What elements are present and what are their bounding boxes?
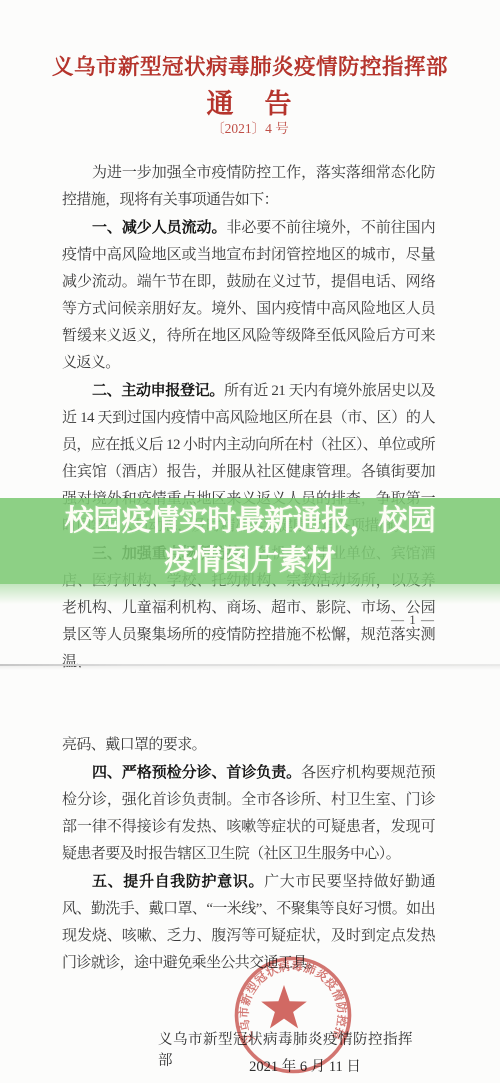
section-4-paragraph: 四、严格预检分诊、首诊负责。各医疗机构要规范预检分诊，强化首诊负责制。全市各诊所… — [62, 759, 435, 868]
seal-ring-text: 义乌市新型冠状病毒肺炎疫情防控指挥部 — [231, 953, 349, 1046]
section-4-heading: 四、严格预检分诊、首诊负责。 — [92, 764, 301, 781]
caption-line-1: 校园疫情实时最新通报，校园 — [65, 501, 436, 541]
document-org-title: 义乌市新型冠状病毒肺炎疫情防控指挥部 — [0, 50, 500, 81]
caption-line-2: 疫情图片素材 — [164, 541, 335, 581]
star-icon — [261, 985, 307, 1028]
page-separator-shadow — [0, 666, 500, 670]
section-3-continuation: 亮码、戴口罩的要求。 — [62, 732, 435, 759]
document-number: 〔2021〕4 号 — [0, 117, 500, 137]
official-seal: 义乌市新型冠状病毒肺炎疫情防控指挥部 — [231, 953, 355, 1077]
section-1-heading: 一、减少人员流动。 — [92, 219, 226, 236]
notice-document-image: 义乌市新型冠状病毒肺炎疫情防控指挥部 通 告 〔2021〕4 号 为进一步加强全… — [0, 0, 500, 1083]
section-2-heading: 二、主动申报登记。 — [92, 382, 224, 399]
page-number: — 1 — — [391, 612, 435, 628]
section-1-text: 非必要不前往境外，不前往国内疫情中高风险地区或当地宣布封闭管控地区的城市，尽量减… — [62, 220, 435, 371]
section-5-heading: 五、提升自我防护意识。 — [92, 873, 264, 890]
document-title: 通 告 — [0, 82, 500, 121]
intro-text: 为进一步加强全市疫情防控工作，落实落细常态化防控措施，现将有关事项通告如下： — [62, 165, 435, 208]
page2-body: 亮码、戴口罩的要求。 四、严格预检分诊、首诊负责。各医疗机构要规范预检分诊，强化… — [62, 732, 435, 977]
caption-overlay-banner: 校园疫情实时最新通报，校园 疫情图片素材 — [0, 498, 500, 584]
section-3-continuation-text: 亮码、戴口罩的要求。 — [62, 737, 206, 753]
section-1-paragraph: 一、减少人员流动。非必要不前往境外，不前往国内疫情中高风险地区或当地宣布封闭管控… — [62, 214, 435, 377]
intro-paragraph: 为进一步加强全市疫情防控工作，落实落细常态化防控措施，现将有关事项通告如下： — [62, 160, 435, 214]
